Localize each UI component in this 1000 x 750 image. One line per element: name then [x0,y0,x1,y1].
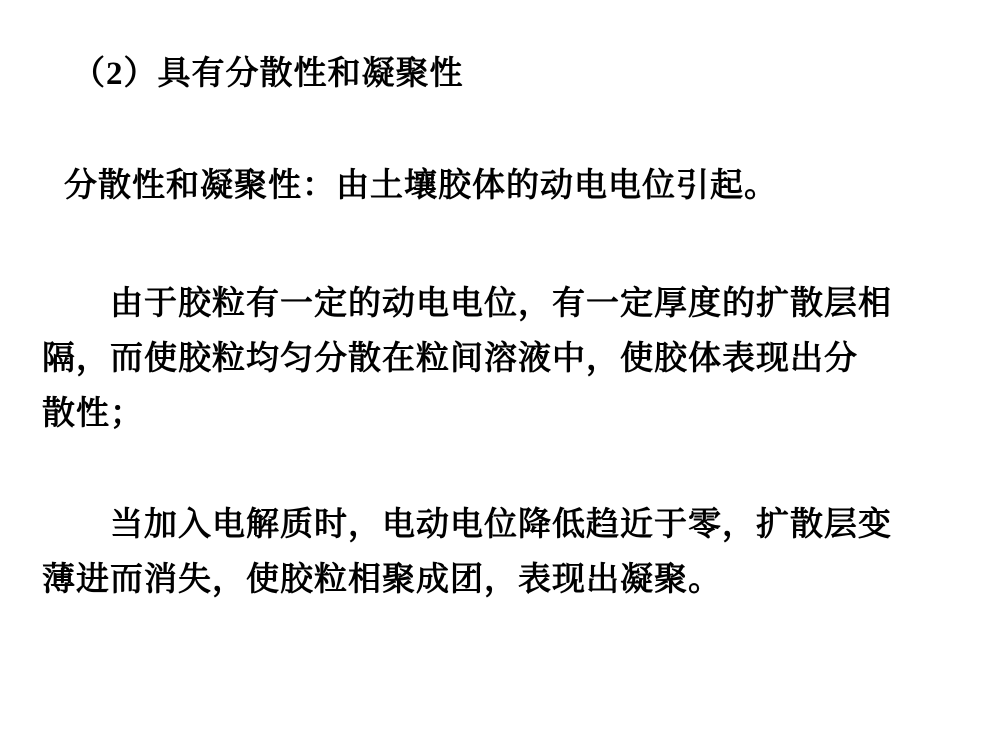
paragraph-coagulation: 当加入电解质时，电动电位降低趋近于零，扩散层变 薄进而消失，使胶粒相聚成团，表现… [42,498,960,608]
text-line: 隔，而使胶粒均匀分散在粒间溶液中，使胶体表现出分 [42,332,960,387]
paragraph-dispersion: 由于胶粒有一定的动电电位，有一定厚度的扩散层相 隔，而使胶粒均匀分散在粒间溶液中… [42,277,960,442]
slide-title: （2）具有分散性和凝聚性 [72,52,1000,96]
text-line: 散性； [42,387,960,442]
slide-subtitle: 分散性和凝聚性：由土壤胶体的动电电位引起。 [64,159,1000,214]
text-line: 薄进而消失，使胶粒相聚成团，表现出凝聚。 [42,553,960,608]
text-line: 由于胶粒有一定的动电电位，有一定厚度的扩散层相 [42,277,960,332]
text-line: 当加入电解质时，电动电位降低趋近于零，扩散层变 [42,498,960,553]
presentation-slide: （2）具有分散性和凝聚性 分散性和凝聚性：由土壤胶体的动电电位引起。 由于胶粒有… [0,0,1000,750]
